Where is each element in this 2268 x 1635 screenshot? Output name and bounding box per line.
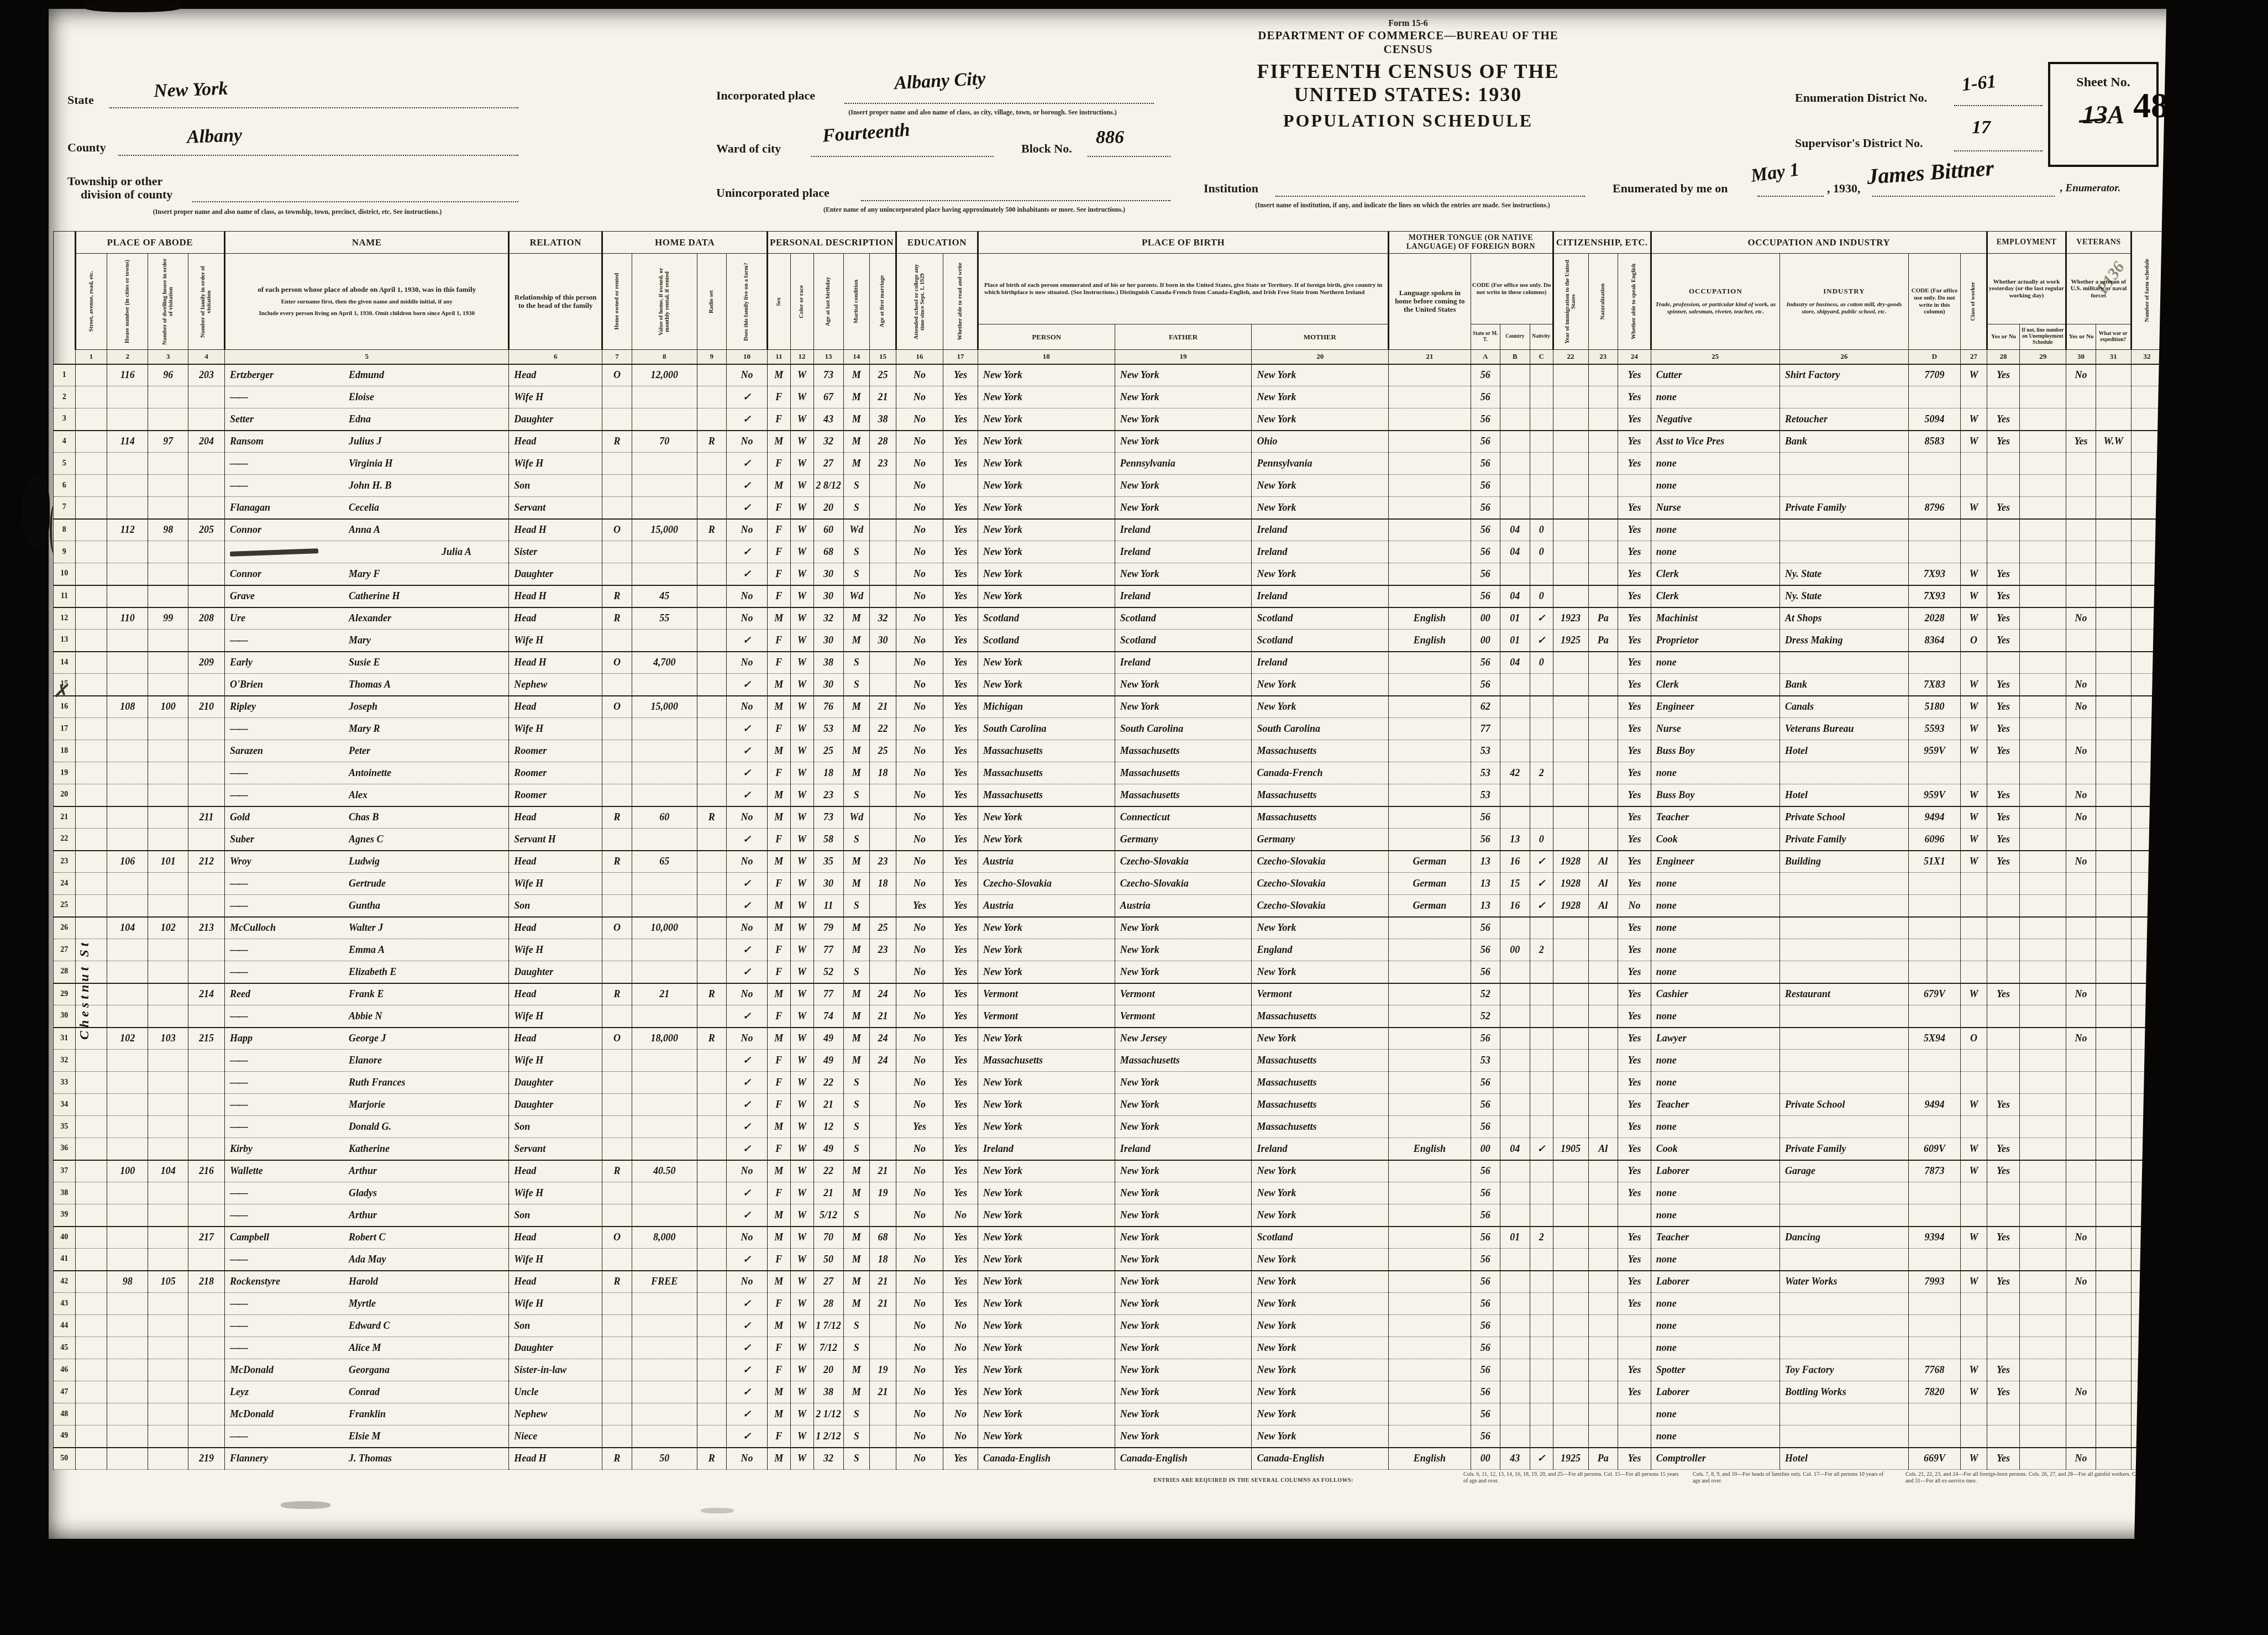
cell-family	[188, 1138, 225, 1160]
cell-industry	[1779, 895, 1908, 917]
cell-year-immigration	[1553, 1072, 1588, 1094]
cell-value	[632, 1381, 697, 1403]
cell-read-write: No	[943, 1315, 978, 1337]
line-number-left: 38	[54, 1182, 76, 1204]
cell-code-d	[1908, 917, 1960, 939]
cell-code-a: 56	[1471, 806, 1500, 829]
cell-birth-person: New York	[978, 1403, 1115, 1426]
cell-veteran	[2066, 917, 2096, 939]
cell-code-d: 7820	[1908, 1381, 1960, 1403]
cell-color: W	[790, 541, 813, 563]
cell-language	[1389, 696, 1471, 718]
scan-blob-left	[22, 475, 50, 547]
cell-street	[75, 585, 107, 607]
cell-code-a: 56	[1471, 1116, 1500, 1138]
cell-farm: No	[727, 1227, 768, 1249]
cell-naturalization	[1588, 1005, 1618, 1028]
cell-radio	[697, 1227, 726, 1249]
cell-naturalization	[1588, 1249, 1618, 1271]
cell-speak-english: Yes	[1618, 1381, 1651, 1403]
cell-industry	[1779, 762, 1908, 784]
cell-marital: Wd	[843, 806, 870, 829]
cell-code-d: 669V	[1908, 1448, 1960, 1470]
cell-house	[107, 497, 148, 519]
group-name: NAME	[225, 232, 509, 254]
cell-birth-mother: New York	[1252, 1293, 1389, 1315]
table-row: 9Julia ASister✓FW68SNoYesNew YorkIreland…	[54, 541, 2188, 563]
cell-color: W	[790, 1293, 813, 1315]
column-number: 4	[188, 350, 225, 364]
line-number-left: 5	[54, 453, 76, 475]
column-number: 21	[1389, 350, 1471, 364]
cell-worked: Yes	[1987, 431, 2020, 453]
cell-value	[632, 674, 697, 696]
cell-code-b	[1500, 983, 1530, 1005]
table-row: 45——Alice MDaughter✓FW7/12SNoNoNew YorkN…	[54, 1337, 2188, 1359]
cell-occupation: Negative	[1651, 408, 1779, 431]
cell-year-immigration	[1553, 1028, 1588, 1050]
cell-code-b	[1500, 961, 1530, 983]
cell-dwelling	[148, 1337, 188, 1359]
institution-caption: (Insert name of institution, if any, and…	[1209, 201, 1596, 209]
cell-name: ——Ada May	[225, 1249, 509, 1271]
cell-birth-mother: Pennsylvania	[1252, 453, 1389, 475]
cell-radio	[697, 762, 726, 784]
cell-class-worker	[1960, 1315, 1987, 1337]
line-col-header-left	[54, 232, 76, 364]
cell-dwelling	[148, 1204, 188, 1227]
cell-school: No	[896, 1337, 943, 1359]
cell-year-immigration	[1553, 1426, 1588, 1448]
cell-age-marriage: 68	[870, 1227, 896, 1249]
cell-code-c	[1530, 1426, 1553, 1448]
cell-year-immigration: 1923	[1553, 607, 1588, 630]
line-number-left: 10	[54, 563, 76, 585]
table-row: 41——Ada MayWife H✓FW50M18NoYesNew YorkNe…	[54, 1249, 2188, 1271]
line-number-left: 25	[54, 895, 76, 917]
line-number-left: 1	[54, 364, 76, 386]
cell-read-write: No	[943, 1426, 978, 1448]
cell-code-b	[1500, 740, 1530, 762]
cell-class-worker	[1960, 1005, 1987, 1028]
schedule-subtitle: POPULATION SCHEDULE	[1253, 111, 1563, 131]
cell-house	[107, 1116, 148, 1138]
cell-farm: No	[727, 1271, 768, 1293]
cell-veteran: No	[2066, 740, 2096, 762]
line-number-left: 6	[54, 475, 76, 497]
cell-language: English	[1389, 1138, 1471, 1160]
cell-street	[75, 652, 107, 674]
cell-color: W	[790, 674, 813, 696]
cell-occupation: none	[1651, 1182, 1779, 1204]
cell-speak-english: Yes	[1618, 873, 1651, 895]
cell-sex: F	[768, 408, 791, 431]
cell-house	[107, 939, 148, 961]
cell-birth-mother: New York	[1252, 1426, 1389, 1448]
cell-school: No	[896, 718, 943, 740]
cell-birth-person: Massachusetts	[978, 1050, 1115, 1072]
institution-line	[1275, 196, 1585, 197]
cell-name: Julia A	[225, 541, 509, 563]
cell-language: English	[1389, 630, 1471, 652]
cell-radio	[697, 1426, 726, 1448]
cell-value	[632, 1182, 697, 1204]
state-label: State	[67, 93, 94, 107]
cell-war	[2096, 1050, 2131, 1072]
cell-occupation: none	[1651, 453, 1779, 475]
cell-language	[1389, 983, 1471, 1005]
cell-veteran: No	[2066, 1381, 2096, 1403]
cell-code-a: 56	[1471, 1227, 1500, 1249]
cell-owned: R	[602, 607, 632, 630]
cell-war	[2096, 1381, 2131, 1403]
cell-war	[2096, 674, 2131, 696]
cell-industry	[1779, 917, 1908, 939]
cell-birth-person: Scotland	[978, 630, 1115, 652]
cell-birth-person: New York	[978, 1116, 1115, 1138]
table-row: 39——ArthurSon✓MW5/12SNoNoNew YorkNew Yor…	[54, 1204, 2188, 1227]
cell-language	[1389, 519, 1471, 541]
cell-house	[107, 983, 148, 1005]
cell-unemployment-line	[2020, 1160, 2066, 1182]
cell-naturalization	[1588, 1116, 1618, 1138]
cell-code-a: 56	[1471, 1293, 1500, 1315]
cell-birth-father: New York	[1115, 1094, 1252, 1116]
cell-veteran	[2066, 1315, 2096, 1337]
col-family: Number of family in order of visitation	[188, 254, 225, 350]
cell-age: 1 7/12	[813, 1315, 843, 1337]
cell-read-write: Yes	[943, 364, 978, 386]
col-read-write: Whether able to read and write	[943, 254, 978, 350]
cell-owned: R	[602, 585, 632, 607]
cell-age: 20	[813, 497, 843, 519]
cell-value: 15,000	[632, 696, 697, 718]
cell-farm: ✓	[727, 895, 768, 917]
cell-industry: At Shops	[1779, 607, 1908, 630]
cell-value: 45	[632, 585, 697, 607]
cell-marital: S	[843, 652, 870, 674]
cell-dwelling	[148, 740, 188, 762]
cell-street	[75, 1403, 107, 1426]
cell-birth-mother: New York	[1252, 1381, 1389, 1403]
cell-code-c: ✓	[1530, 607, 1553, 630]
column-number: 26	[1779, 350, 1908, 364]
sd-line	[1954, 150, 2043, 151]
cell-marital: S	[843, 895, 870, 917]
cell-worked	[1987, 475, 2020, 497]
cell-code-b	[1500, 497, 1530, 519]
cell-code-d	[1908, 1005, 1960, 1028]
cell-code-c: ✓	[1530, 851, 1553, 873]
cell-family	[188, 541, 225, 563]
cell-speak-english: Yes	[1618, 1227, 1651, 1249]
cell-relation: Head	[509, 1028, 602, 1050]
cell-value	[632, 1204, 697, 1227]
cell-birth-father: Pennsylvania	[1115, 453, 1252, 475]
cell-value	[632, 563, 697, 585]
cell-war	[2096, 1426, 2131, 1448]
cell-farm: ✓	[727, 740, 768, 762]
cell-code-b	[1500, 718, 1530, 740]
cell-marital: S	[843, 1315, 870, 1337]
cell-birth-father: New York	[1115, 475, 1252, 497]
cell-age: 50	[813, 1249, 843, 1271]
enumerator-signature: James Bittner	[1866, 155, 1995, 190]
cell-code-d: 51X1	[1908, 851, 1960, 873]
cell-age-marriage	[870, 585, 896, 607]
cell-school: No	[896, 784, 943, 806]
cell-radio	[697, 408, 726, 431]
cell-marital: S	[843, 1204, 870, 1227]
cell-age-marriage: 30	[870, 630, 896, 652]
cell-age: 32	[813, 607, 843, 630]
cell-school: No	[896, 519, 943, 541]
cell-school: No	[896, 1403, 943, 1426]
cell-age: 53	[813, 718, 843, 740]
table-row: 13——MaryWife H✓FW30M30NoYesScotlandScotl…	[54, 630, 2188, 652]
table-row: 48McDonaldFranklinNephew✓MW2 1/12SNoNoNe…	[54, 1403, 2188, 1426]
cell-radio	[697, 607, 726, 630]
cell-color: W	[790, 983, 813, 1005]
cell-read-write: Yes	[943, 497, 978, 519]
cell-naturalization	[1588, 453, 1618, 475]
cell-birth-father: New York	[1115, 1271, 1252, 1293]
cell-unemployment-line	[2020, 364, 2066, 386]
cell-worked	[1987, 895, 2020, 917]
cell-year-immigration: 1925	[1553, 630, 1588, 652]
footer-note-2: Cols. 7, 8, 9, and 10—For heads of famil…	[1693, 1471, 1892, 1485]
cell-naturalization	[1588, 939, 1618, 961]
cell-unemployment-line	[2020, 1182, 2066, 1204]
cell-birth-mother: New York	[1252, 408, 1389, 431]
cell-name: ——Donald G.	[225, 1116, 509, 1138]
cell-relation: Wife H	[509, 718, 602, 740]
table-row: 32——ElanoreWife H✓FW49M24NoYesMassachuse…	[54, 1050, 2188, 1072]
cell-age: 30	[813, 873, 843, 895]
cell-family	[188, 939, 225, 961]
population-table: PLACE OF ABODE NAME RELATION HOME DATA P…	[53, 231, 2188, 1470]
cell-owned: O	[602, 1227, 632, 1249]
cell-age: 67	[813, 386, 843, 408]
cell-read-write: Yes	[943, 408, 978, 431]
col-farm-schedule: Number of farm schedule	[2131, 232, 2163, 350]
cell-radio	[697, 1005, 726, 1028]
cell-industry	[1779, 1050, 1908, 1072]
cell-veteran	[2066, 652, 2096, 674]
cell-war	[2096, 983, 2131, 1005]
cell-radio	[697, 1072, 726, 1094]
cell-worked	[1987, 1403, 2020, 1426]
cell-sex: M	[768, 784, 791, 806]
cell-owned	[602, 1050, 632, 1072]
cell-age-marriage: 21	[870, 1293, 896, 1315]
cell-birth-person: New York	[978, 585, 1115, 607]
column-number: 5	[225, 350, 509, 364]
cell-value	[632, 718, 697, 740]
cell-dwelling	[148, 408, 188, 431]
cell-family	[188, 1204, 225, 1227]
cell-unemployment-line	[2020, 1359, 2066, 1381]
cell-code-a: 56	[1471, 1337, 1500, 1359]
cell-name: GraveCatherine H	[225, 585, 509, 607]
cell-class-worker	[1960, 475, 1987, 497]
cell-code-d: 7709	[1908, 364, 1960, 386]
cell-house: 98	[107, 1271, 148, 1293]
cell-value	[632, 762, 697, 784]
cell-code-b	[1500, 364, 1530, 386]
table-row: 6——John H. BSon✓MW2 8/12SNoNew YorkNew Y…	[54, 475, 2188, 497]
cell-age-marriage: 19	[870, 1359, 896, 1381]
cell-language	[1389, 475, 1471, 497]
cell-occupation: none	[1651, 1249, 1779, 1271]
cell-color: W	[790, 1028, 813, 1050]
cell-color: W	[790, 1227, 813, 1249]
col-sex: Sex	[768, 254, 791, 350]
cell-language	[1389, 431, 1471, 453]
group-education: EDUCATION	[896, 232, 978, 254]
cell-dwelling	[148, 1403, 188, 1426]
cell-owned: O	[602, 1028, 632, 1050]
cell-street	[75, 1359, 107, 1381]
cell-worked	[1987, 1050, 2020, 1072]
cell-code-d: 8364	[1908, 630, 1960, 652]
cell-dwelling	[148, 1249, 188, 1271]
column-number: 2	[107, 350, 148, 364]
cell-value: 8,000	[632, 1227, 697, 1249]
cell-marital: S	[843, 1094, 870, 1116]
cell-code-a: 56	[1471, 1426, 1500, 1448]
line-number-left: 23	[54, 851, 76, 873]
cell-relation: Head	[509, 851, 602, 873]
cell-industry: Private School	[1779, 1094, 1908, 1116]
cell-marital: S	[843, 1448, 870, 1470]
enum-date-value: May 1	[1750, 159, 1800, 187]
cell-unemployment-line	[2020, 1403, 2066, 1426]
cell-code-c	[1530, 1050, 1553, 1072]
cell-class-worker: W	[1960, 364, 1987, 386]
column-number: 30	[2066, 350, 2096, 364]
cell-owned: O	[602, 917, 632, 939]
cell-occupation: Clerk	[1651, 674, 1779, 696]
cell-naturalization	[1588, 1403, 1618, 1426]
cell-unemployment-line	[2020, 718, 2066, 740]
cell-dwelling	[148, 895, 188, 917]
cell-naturalization	[1588, 1094, 1618, 1116]
cell-code-c	[1530, 563, 1553, 585]
cell-birth-father: New York	[1115, 1116, 1252, 1138]
cell-war	[2096, 917, 2131, 939]
cell-birth-mother: New York	[1252, 475, 1389, 497]
cell-birth-person: Vermont	[978, 983, 1115, 1005]
cell-age-marriage: 23	[870, 453, 896, 475]
col-value: Value of home, if owned, or monthly rent…	[632, 254, 697, 350]
cell-family	[188, 1005, 225, 1028]
cell-age: 74	[813, 1005, 843, 1028]
table-row: 11GraveCatherine HHead HR45NoFW30WdNoYes…	[54, 585, 2188, 607]
cell-veteran: No	[2066, 1227, 2096, 1249]
cell-read-write: Yes	[943, 696, 978, 718]
cell-age-marriage	[870, 1116, 896, 1138]
cell-owned	[602, 386, 632, 408]
cell-read-write: Yes	[943, 983, 978, 1005]
cell-class-worker: W	[1960, 497, 1987, 519]
cell-relation: Daughter	[509, 408, 602, 431]
cell-code-b	[1500, 1403, 1530, 1426]
cell-worked: Yes	[1987, 1448, 2020, 1470]
cell-value	[632, 1050, 697, 1072]
cell-language	[1389, 1182, 1471, 1204]
cell-birth-father: New York	[1115, 1227, 1252, 1249]
cell-family: 204	[188, 431, 225, 453]
cell-age: 25	[813, 740, 843, 762]
block-line	[1088, 156, 1170, 157]
cell-year-immigration	[1553, 1050, 1588, 1072]
table-row: 30——Abbie NWife H✓FW74M21NoYesVermontVer…	[54, 1005, 2188, 1028]
cell-language	[1389, 1359, 1471, 1381]
cell-age-marriage	[870, 1315, 896, 1337]
cell-marital: S	[843, 541, 870, 563]
cell-class-worker: W	[1960, 1160, 1987, 1182]
cell-read-write: Yes	[943, 1116, 978, 1138]
cell-industry	[1779, 475, 1908, 497]
cell-school: No	[896, 563, 943, 585]
cell-dwelling	[148, 585, 188, 607]
cell-radio	[697, 1249, 726, 1271]
cell-code-c	[1530, 674, 1553, 696]
cell-birth-father: New York	[1115, 364, 1252, 386]
cell-birth-mother: South Carolina	[1252, 718, 1389, 740]
cell-owned	[602, 939, 632, 961]
cell-occupation: Asst to Vice Pres	[1651, 431, 1779, 453]
cell-marital: S	[843, 829, 870, 851]
cell-class-worker: W	[1960, 674, 1987, 696]
cell-value: 50	[632, 1448, 697, 1470]
cell-war	[2096, 1271, 2131, 1293]
cell-code-d	[1908, 1182, 1960, 1204]
col-house: House number (in cities or towns)	[107, 254, 148, 350]
cell-age: 49	[813, 1028, 843, 1050]
cell-industry: Bottling Works	[1779, 1381, 1908, 1403]
cell-worked: Yes	[1987, 585, 2020, 607]
cell-war	[2096, 475, 2131, 497]
cell-read-write: Yes	[943, 829, 978, 851]
cell-value	[632, 1337, 697, 1359]
cell-occupation: none	[1651, 762, 1779, 784]
cell-birth-mother: New York	[1252, 497, 1389, 519]
cell-birth-person: New York	[978, 519, 1115, 541]
cell-sex: F	[768, 652, 791, 674]
cell-radio	[697, 1381, 726, 1403]
cell-color: W	[790, 563, 813, 585]
cell-naturalization: Al	[1588, 873, 1618, 895]
incorporated-line	[844, 103, 1154, 104]
cell-speak-english	[1618, 1204, 1651, 1227]
cell-sex: F	[768, 961, 791, 983]
cell-dwelling: 104	[148, 1160, 188, 1182]
cell-naturalization	[1588, 408, 1618, 431]
cell-code-a: 56	[1471, 1204, 1500, 1227]
cell-radio	[697, 1160, 726, 1182]
cell-speak-english: Yes	[1618, 674, 1651, 696]
cell-sex: M	[768, 1448, 791, 1470]
col-relation-desc: Relationship of this person to the head …	[509, 254, 602, 350]
cell-relation: Head	[509, 696, 602, 718]
cell-veteran	[2066, 1293, 2096, 1315]
cell-age: 30	[813, 630, 843, 652]
cell-sex: F	[768, 563, 791, 585]
cell-worked	[1987, 1337, 2020, 1359]
cell-year-immigration	[1553, 1337, 1588, 1359]
